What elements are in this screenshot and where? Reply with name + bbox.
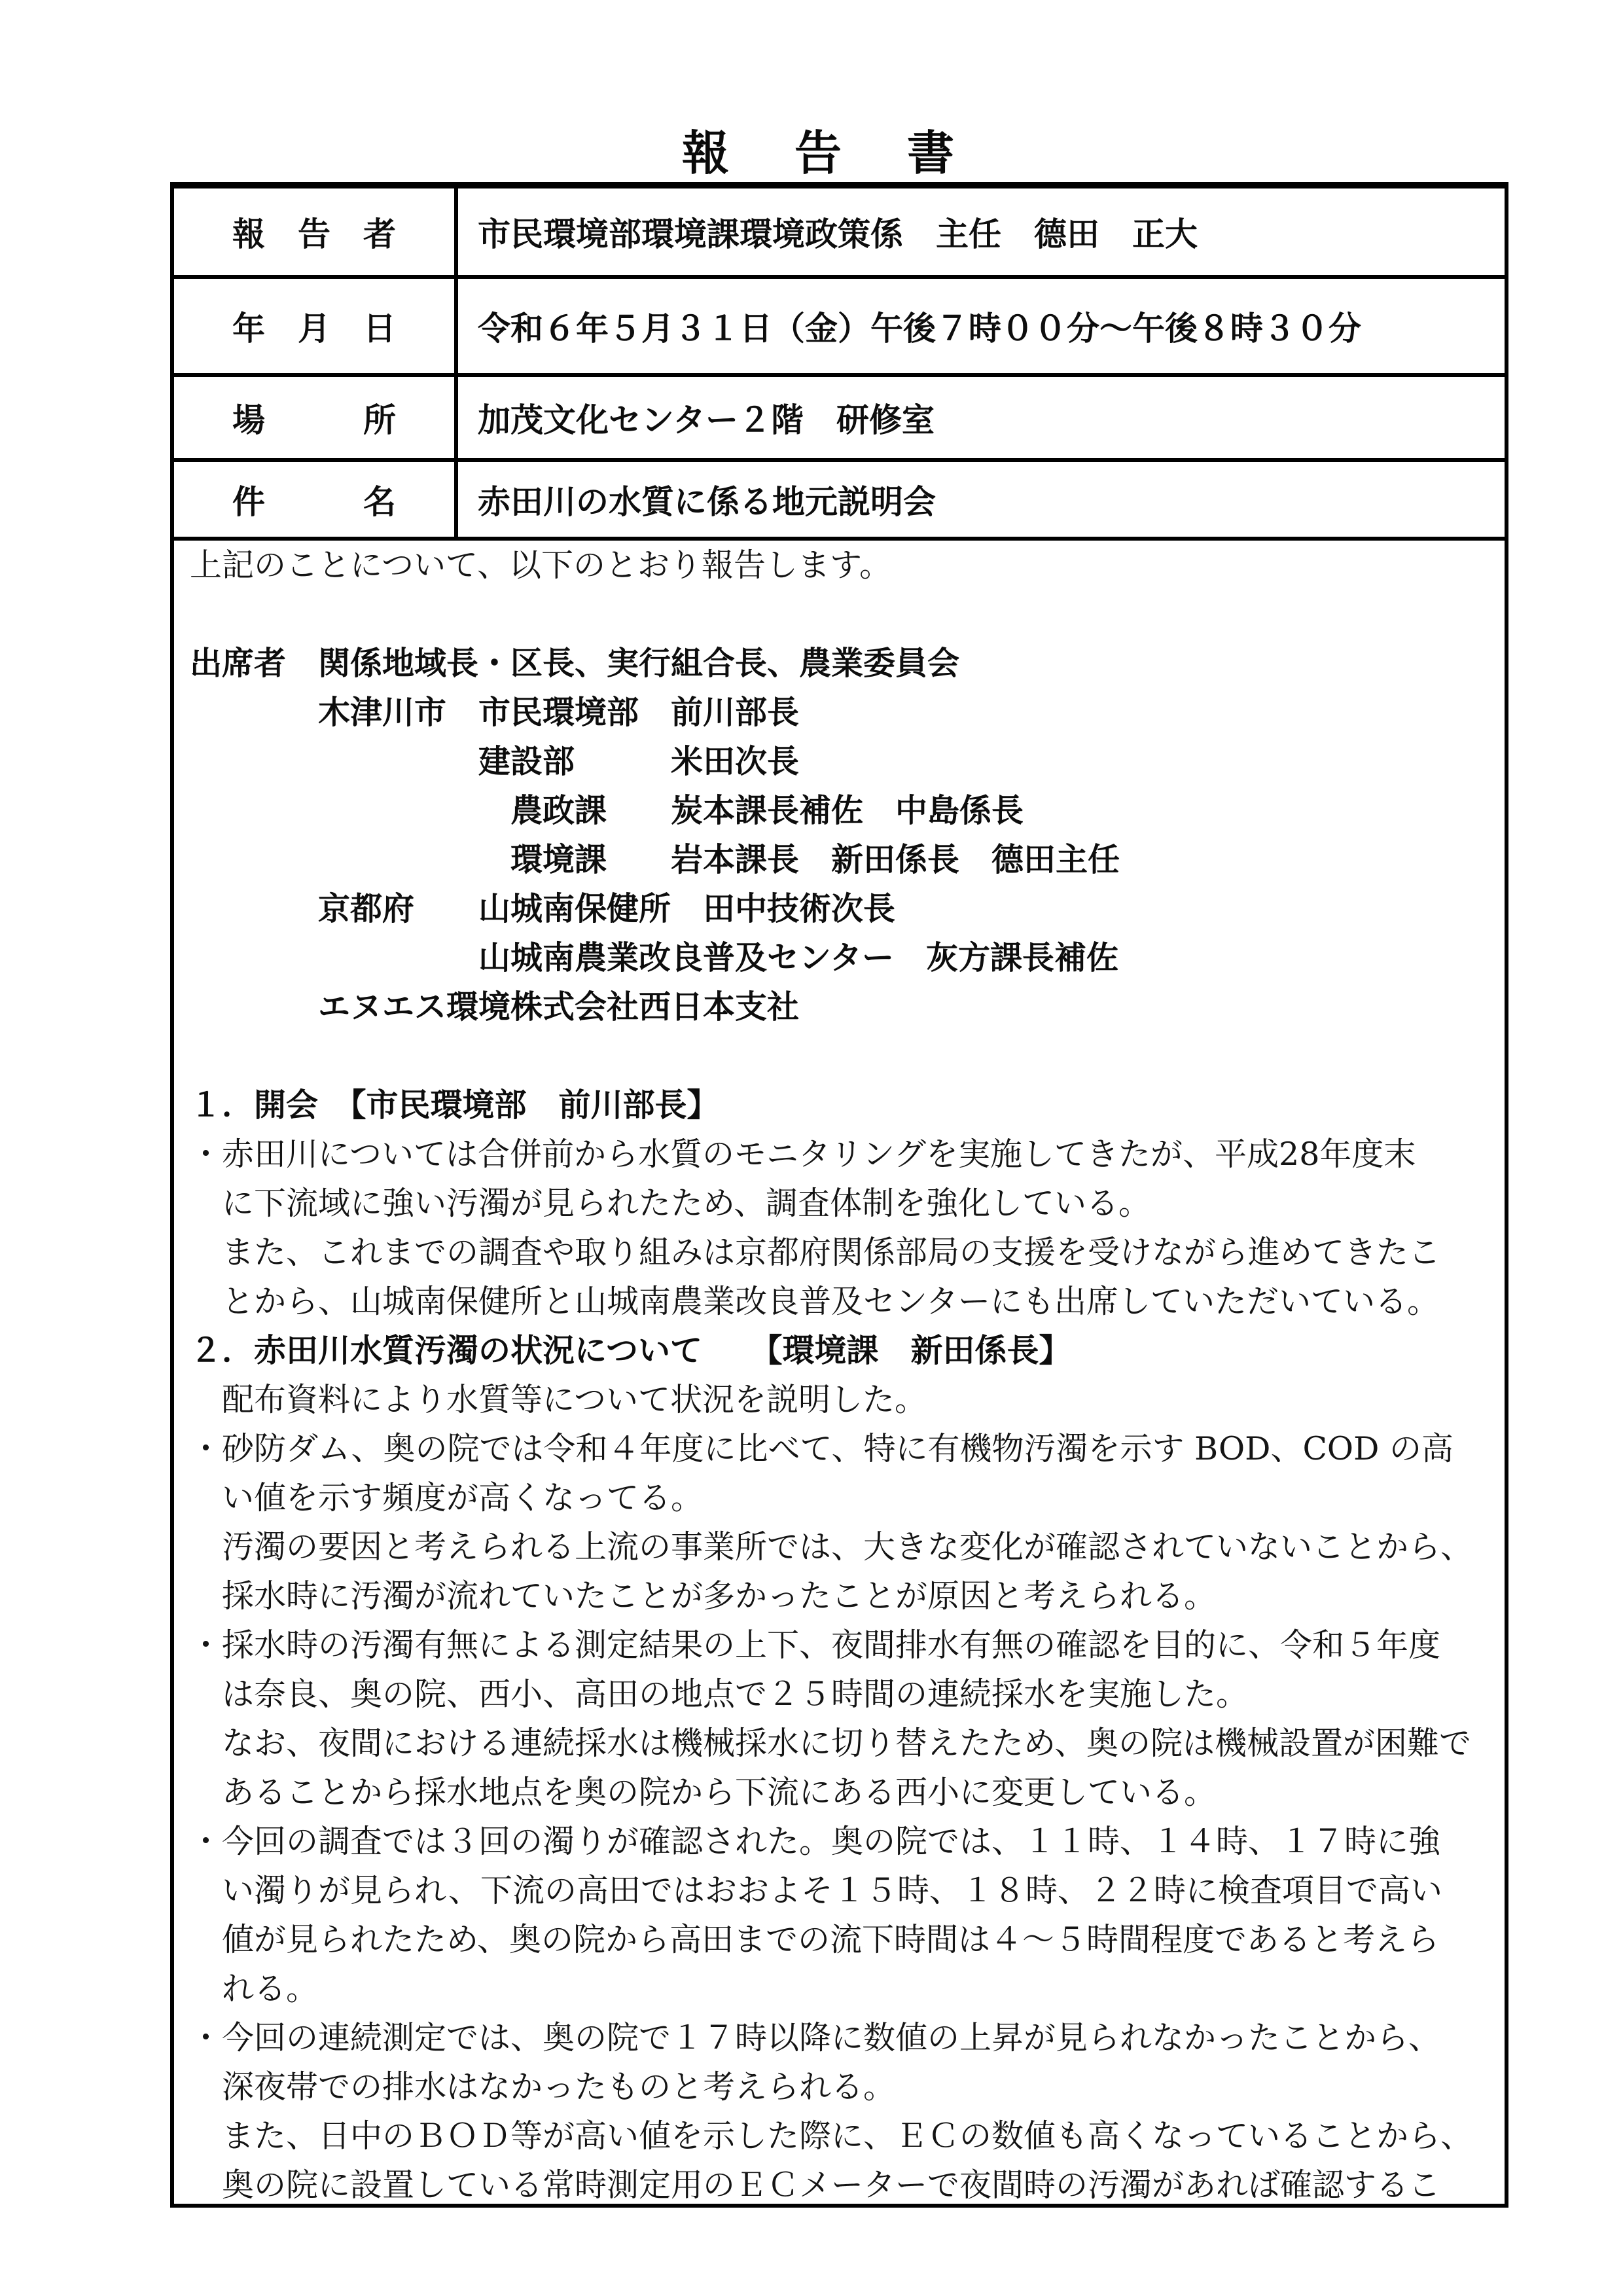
table-label-subject: 件 名 <box>174 462 458 537</box>
report-line: 上記のことについて、以下のとおり報告します。 <box>190 541 1493 590</box>
report-line: 採水時に汚濁が流れていたことが多かったことが原因と考えられる。 <box>190 1571 1493 1621</box>
table-label-reporter: 報 告 者 <box>174 188 458 275</box>
report-line: ・今回の調査では３回の濁りが確認された。奥の院では、１１時、１４時、１７時に強 <box>190 1817 1493 1866</box>
table-row-subject: 件 名 赤田川の水質に係る地元説明会 <box>174 462 1505 541</box>
report-line: に下流域に強い汚濁が見られたため、調査体制を強化している。 <box>190 1179 1493 1228</box>
report-line: また、これまでの調査や取り組みは京都府関係部局の支援を受けながら進めてきたこ <box>190 1228 1493 1277</box>
report-line: ・赤田川については合併前から水質のモニタリングを実施してきたが、平成28年度末 <box>190 1130 1493 1179</box>
report-line: 出席者 関係地域長・区長、実行組合長、農業委員会 <box>190 639 1493 688</box>
table-value-date: 令和６年５月３１日（金）午後７時００分～午後８時３０分 <box>458 279 1505 373</box>
report-line: 配布資料により水質等について状況を説明した。 <box>190 1375 1493 1424</box>
report-line: 京都府 山城南保健所 田中技術次長 <box>190 884 1493 933</box>
report-line: あることから採水地点を奥の院から下流にある西小に変更している。 <box>190 1768 1493 1817</box>
report-line: 値が見られたため、奥の院から高田までの流下時間は４～５時間程度であると考えら <box>190 1915 1493 1964</box>
report-line: また、日中のＢＯＤ等が高い値を示した際に、ＥＣの数値も高くなっていることから、 <box>190 2111 1493 2161</box>
report-line: 農政課 炭本課長補佐 中島係長 <box>190 786 1493 835</box>
report-line: 木津川市 市民環境部 前川部長 <box>190 688 1493 737</box>
report-line: ・砂防ダム、奥の院では令和４年度に比べて、特に有機物汚濁を示す BOD、COD … <box>190 1424 1493 1473</box>
report-line: は奈良、奥の院、西小、高田の地点で２５時間の連続採水を実施した。 <box>190 1670 1493 1719</box>
report-line: い値を示す頻度が高くなってる。 <box>190 1473 1493 1522</box>
report-line <box>190 590 1493 639</box>
report-line: 環境課 岩本課長 新田係長 德田主任 <box>190 835 1493 884</box>
report-line: とから、山城南保健所と山城南農業改良普及センターにも出席していただいている。 <box>190 1277 1493 1326</box>
report-line: 奥の院に設置している常時測定用のＥＣメーターで夜間時の汚濁があれば確認するこ <box>190 2161 1493 2208</box>
table-row-date: 年 月 日 令和６年５月３１日（金）午後７時００分～午後８時３０分 <box>174 279 1505 377</box>
table-label-date: 年 月 日 <box>174 279 458 373</box>
report-line: なお、夜間における連続採水は機械採水に切り替えたため、奥の院は機械設置が困難で <box>190 1719 1493 1768</box>
report-line: ２．赤田川水質汚濁の状況について 【環境課 新田係長】 <box>190 1326 1493 1375</box>
report-line: ・採水時の汚濁有無による測定結果の上下、夜間排水有無の確認を目的に、令和５年度 <box>190 1621 1493 1670</box>
report-title: 報 告 書 <box>682 115 963 183</box>
report-line <box>190 1031 1493 1081</box>
report-body: 上記のことについて、以下のとおり報告します。 出席者 関係地域長・区長、実行組合… <box>174 541 1505 2208</box>
table-row-reporter: 報 告 者 市民環境部環境課環境政策係 主任 德田 正大 <box>174 188 1505 279</box>
table-row-place: 場 所 加茂文化センター２階 研修室 <box>174 377 1505 462</box>
report-box: 報 告 者 市民環境部環境課環境政策係 主任 德田 正大 年 月 日 令和６年５… <box>170 182 1508 2208</box>
report-line: ・今回の連続測定では、奥の院で１７時以降に数値の上昇が見られなかったことから、 <box>190 2013 1493 2062</box>
table-label-place: 場 所 <box>174 377 458 458</box>
report-line: 汚濁の要因と考えられる上流の事業所では、大きな変化が確認されていないことから、 <box>190 1522 1493 1571</box>
report-line: エヌエス環境株式会社西日本支社 <box>190 982 1493 1031</box>
table-value-reporter: 市民環境部環境課環境政策係 主任 德田 正大 <box>458 188 1505 275</box>
report-line: 山城南農業改良普及センター 灰方課長補佐 <box>190 933 1493 982</box>
report-line: れる。 <box>190 1964 1493 2013</box>
table-value-subject: 赤田川の水質に係る地元説明会 <box>458 462 1505 537</box>
table-value-place: 加茂文化センター２階 研修室 <box>458 377 1505 458</box>
report-line: い濁りが見られ、下流の高田ではおおよそ１５時、１８時、２２時に検査項目で高い <box>190 1866 1493 1915</box>
report-line: １．開会 【市民環境部 前川部長】 <box>190 1081 1493 1130</box>
report-line: 建設部 米田次長 <box>190 737 1493 786</box>
report-line: 深夜帯での排水はなかったものと考えられる。 <box>190 2062 1493 2111</box>
